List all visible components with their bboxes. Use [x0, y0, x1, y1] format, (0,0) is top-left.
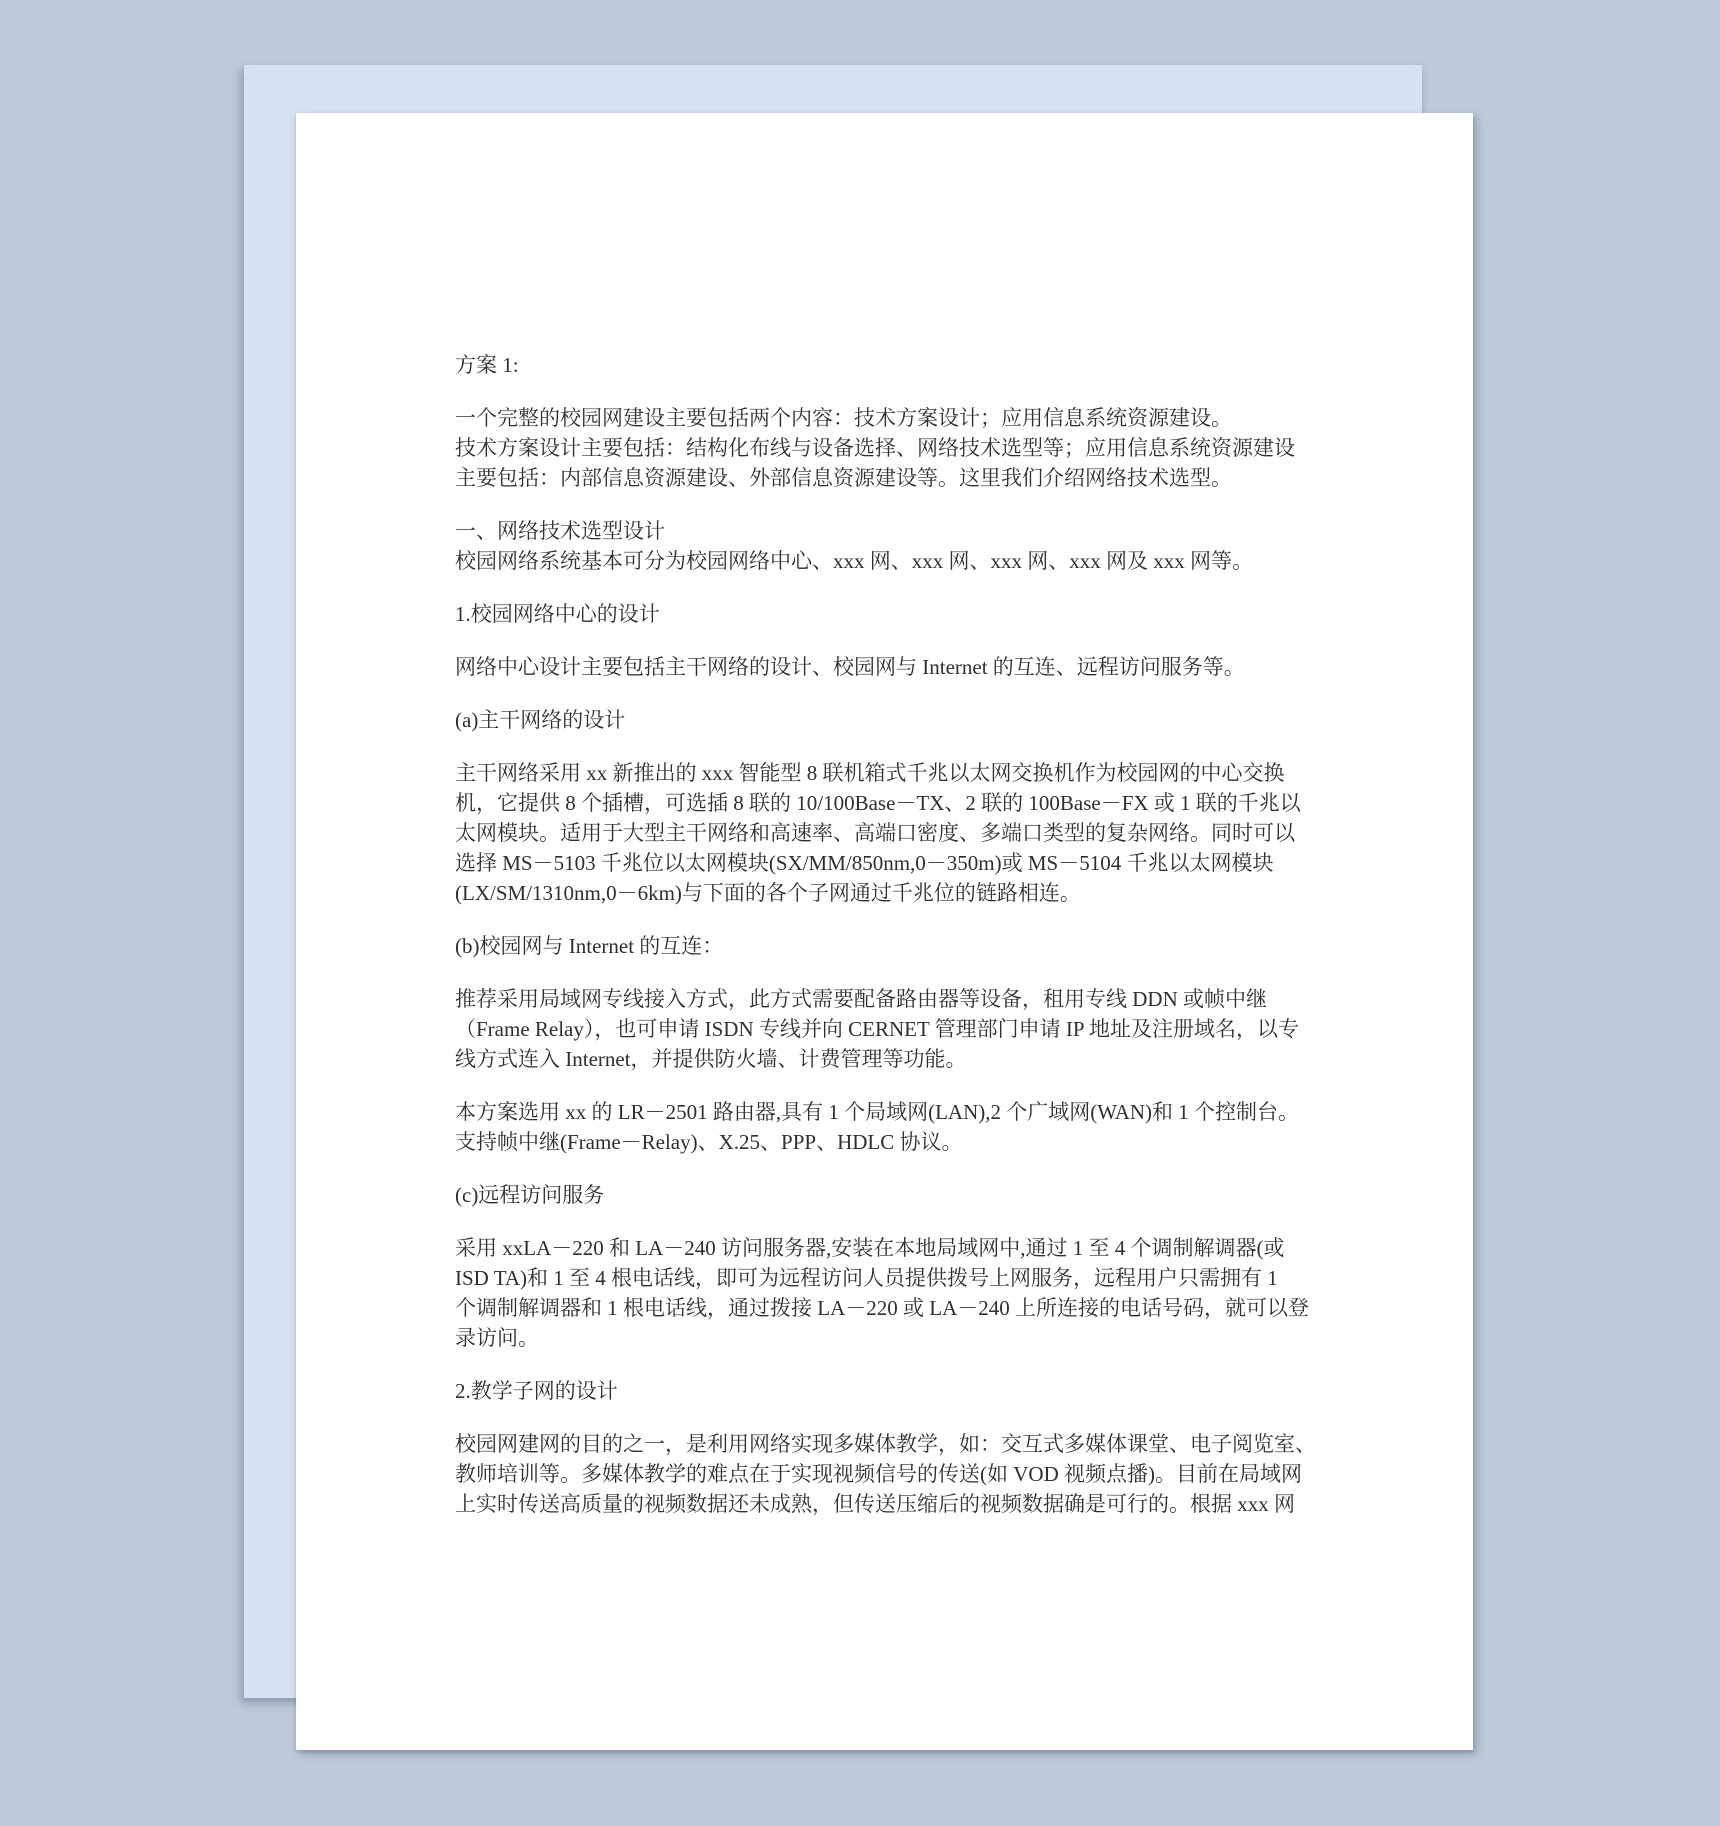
text-line: 1.校园网络中心的设计	[455, 599, 1315, 629]
paragraph: 方案 1:	[455, 350, 1315, 380]
desktop-background: { "colors": { "background": "#becad8", "…	[0, 0, 1720, 1826]
text-line: (b)校园网与 Internet 的互连：	[455, 931, 1315, 961]
text-line: 本方案选用 xx 的 LR－2501 路由器,具有 1 个局域网(LAN),2 …	[455, 1097, 1315, 1127]
paragraph: (c)远程访问服务	[455, 1180, 1315, 1210]
text-line: 教师培训等。多媒体教学的难点在于实现视频信号的传送(如 VOD 视频点播)。目前…	[455, 1459, 1315, 1489]
paragraph: 采用 xxLA－220 和 LA－240 访问服务器,安装在本地局域网中,通过 …	[455, 1233, 1315, 1353]
paragraph: 本方案选用 xx 的 LR－2501 路由器,具有 1 个局域网(LAN),2 …	[455, 1097, 1315, 1157]
paragraph: 一、网络技术选型设计校园网络系统基本可分为校园网络中心、xxx 网、xxx 网、…	[455, 516, 1315, 576]
paragraph: (a)主干网络的设计	[455, 705, 1315, 735]
text-line: 2.教学子网的设计	[455, 1376, 1315, 1406]
text-line: (c)远程访问服务	[455, 1180, 1315, 1210]
text-line: 机，它提供 8 个插槽，可选插 8 联的 10/100Base－TX、2 联的 …	[455, 788, 1315, 818]
text-line: 上实时传送高质量的视频数据还未成熟，但传送压缩后的视频数据确是可行的。根据 xx…	[455, 1489, 1315, 1519]
paragraph: (b)校园网与 Internet 的互连：	[455, 931, 1315, 961]
text-line: 录访问。	[455, 1323, 1315, 1353]
text-line: 一、网络技术选型设计	[455, 516, 1315, 546]
text-line: 个调制解调器和 1 根电话线，通过拨接 LA－220 或 LA－240 上所连接…	[455, 1293, 1315, 1323]
text-line: （Frame Relay），也可申请 ISDN 专线并向 CERNET 管理部门…	[455, 1014, 1315, 1044]
text-line: 一个完整的校园网建设主要包括两个内容：技术方案设计；应用信息系统资源建设。	[455, 403, 1315, 433]
text-line: 校园网建网的目的之一，是利用网络实现多媒体教学，如：交互式多媒体课堂、电子阅览室…	[455, 1429, 1315, 1459]
text-line: 采用 xxLA－220 和 LA－240 访问服务器,安装在本地局域网中,通过 …	[455, 1233, 1315, 1263]
text-line: 校园网络系统基本可分为校园网络中心、xxx 网、xxx 网、xxx 网、xxx …	[455, 546, 1315, 576]
text-line: 支持帧中继(Frame－Relay)、X.25、PPP、HDLC 协议。	[455, 1127, 1315, 1157]
paragraph: 1.校园网络中心的设计	[455, 599, 1315, 629]
paragraph: 一个完整的校园网建设主要包括两个内容：技术方案设计；应用信息系统资源建设。技术方…	[455, 403, 1315, 493]
text-line: 线方式连入 Internet，并提供防火墙、计费管理等功能。	[455, 1044, 1315, 1074]
paragraph: 推荐采用局域网专线接入方式，此方式需要配备路由器等设备，租用专线 DDN 或帧中…	[455, 984, 1315, 1074]
text-line: 太网模块。适用于大型主干网络和高速率、高端口密度、多端口类型的复杂网络。同时可以	[455, 818, 1315, 848]
text-line: 技术方案设计主要包括：结构化布线与设备选择、网络技术选型等；应用信息系统资源建设	[455, 433, 1315, 463]
paragraph: 2.教学子网的设计	[455, 1376, 1315, 1406]
text-line: 主要包括：内部信息资源建设、外部信息资源建设等。这里我们介绍网络技术选型。	[455, 463, 1315, 493]
text-line: ISD TA)和 1 至 4 根电话线，即可为远程访问人员提供拨号上网服务，远程…	[455, 1263, 1315, 1293]
paragraph: 网络中心设计主要包括主干网络的设计、校园网与 Internet 的互连、远程访问…	[455, 652, 1315, 682]
text-line: 网络中心设计主要包括主干网络的设计、校园网与 Internet 的互连、远程访问…	[455, 652, 1315, 682]
paragraph: 校园网建网的目的之一，是利用网络实现多媒体教学，如：交互式多媒体课堂、电子阅览室…	[455, 1429, 1315, 1519]
document-page: 方案 1:一个完整的校园网建设主要包括两个内容：技术方案设计；应用信息系统资源建…	[296, 113, 1473, 1750]
document-text: 方案 1:一个完整的校园网建设主要包括两个内容：技术方案设计；应用信息系统资源建…	[455, 350, 1315, 1542]
text-line: (a)主干网络的设计	[455, 705, 1315, 735]
text-line: 选择 MS－5103 千兆位以太网模块(SX/MM/850nm,0－350m)或…	[455, 848, 1315, 878]
text-line: 方案 1:	[455, 350, 1315, 380]
paragraph: 主干网络采用 xx 新推出的 xxx 智能型 8 联机箱式千兆以太网交换机作为校…	[455, 758, 1315, 908]
text-line: 推荐采用局域网专线接入方式，此方式需要配备路由器等设备，租用专线 DDN 或帧中…	[455, 984, 1315, 1014]
text-line: (LX/SM/1310nm,0－6km)与下面的各个子网通过千兆位的链路相连。	[455, 878, 1315, 908]
text-line: 主干网络采用 xx 新推出的 xxx 智能型 8 联机箱式千兆以太网交换机作为校…	[455, 758, 1315, 788]
